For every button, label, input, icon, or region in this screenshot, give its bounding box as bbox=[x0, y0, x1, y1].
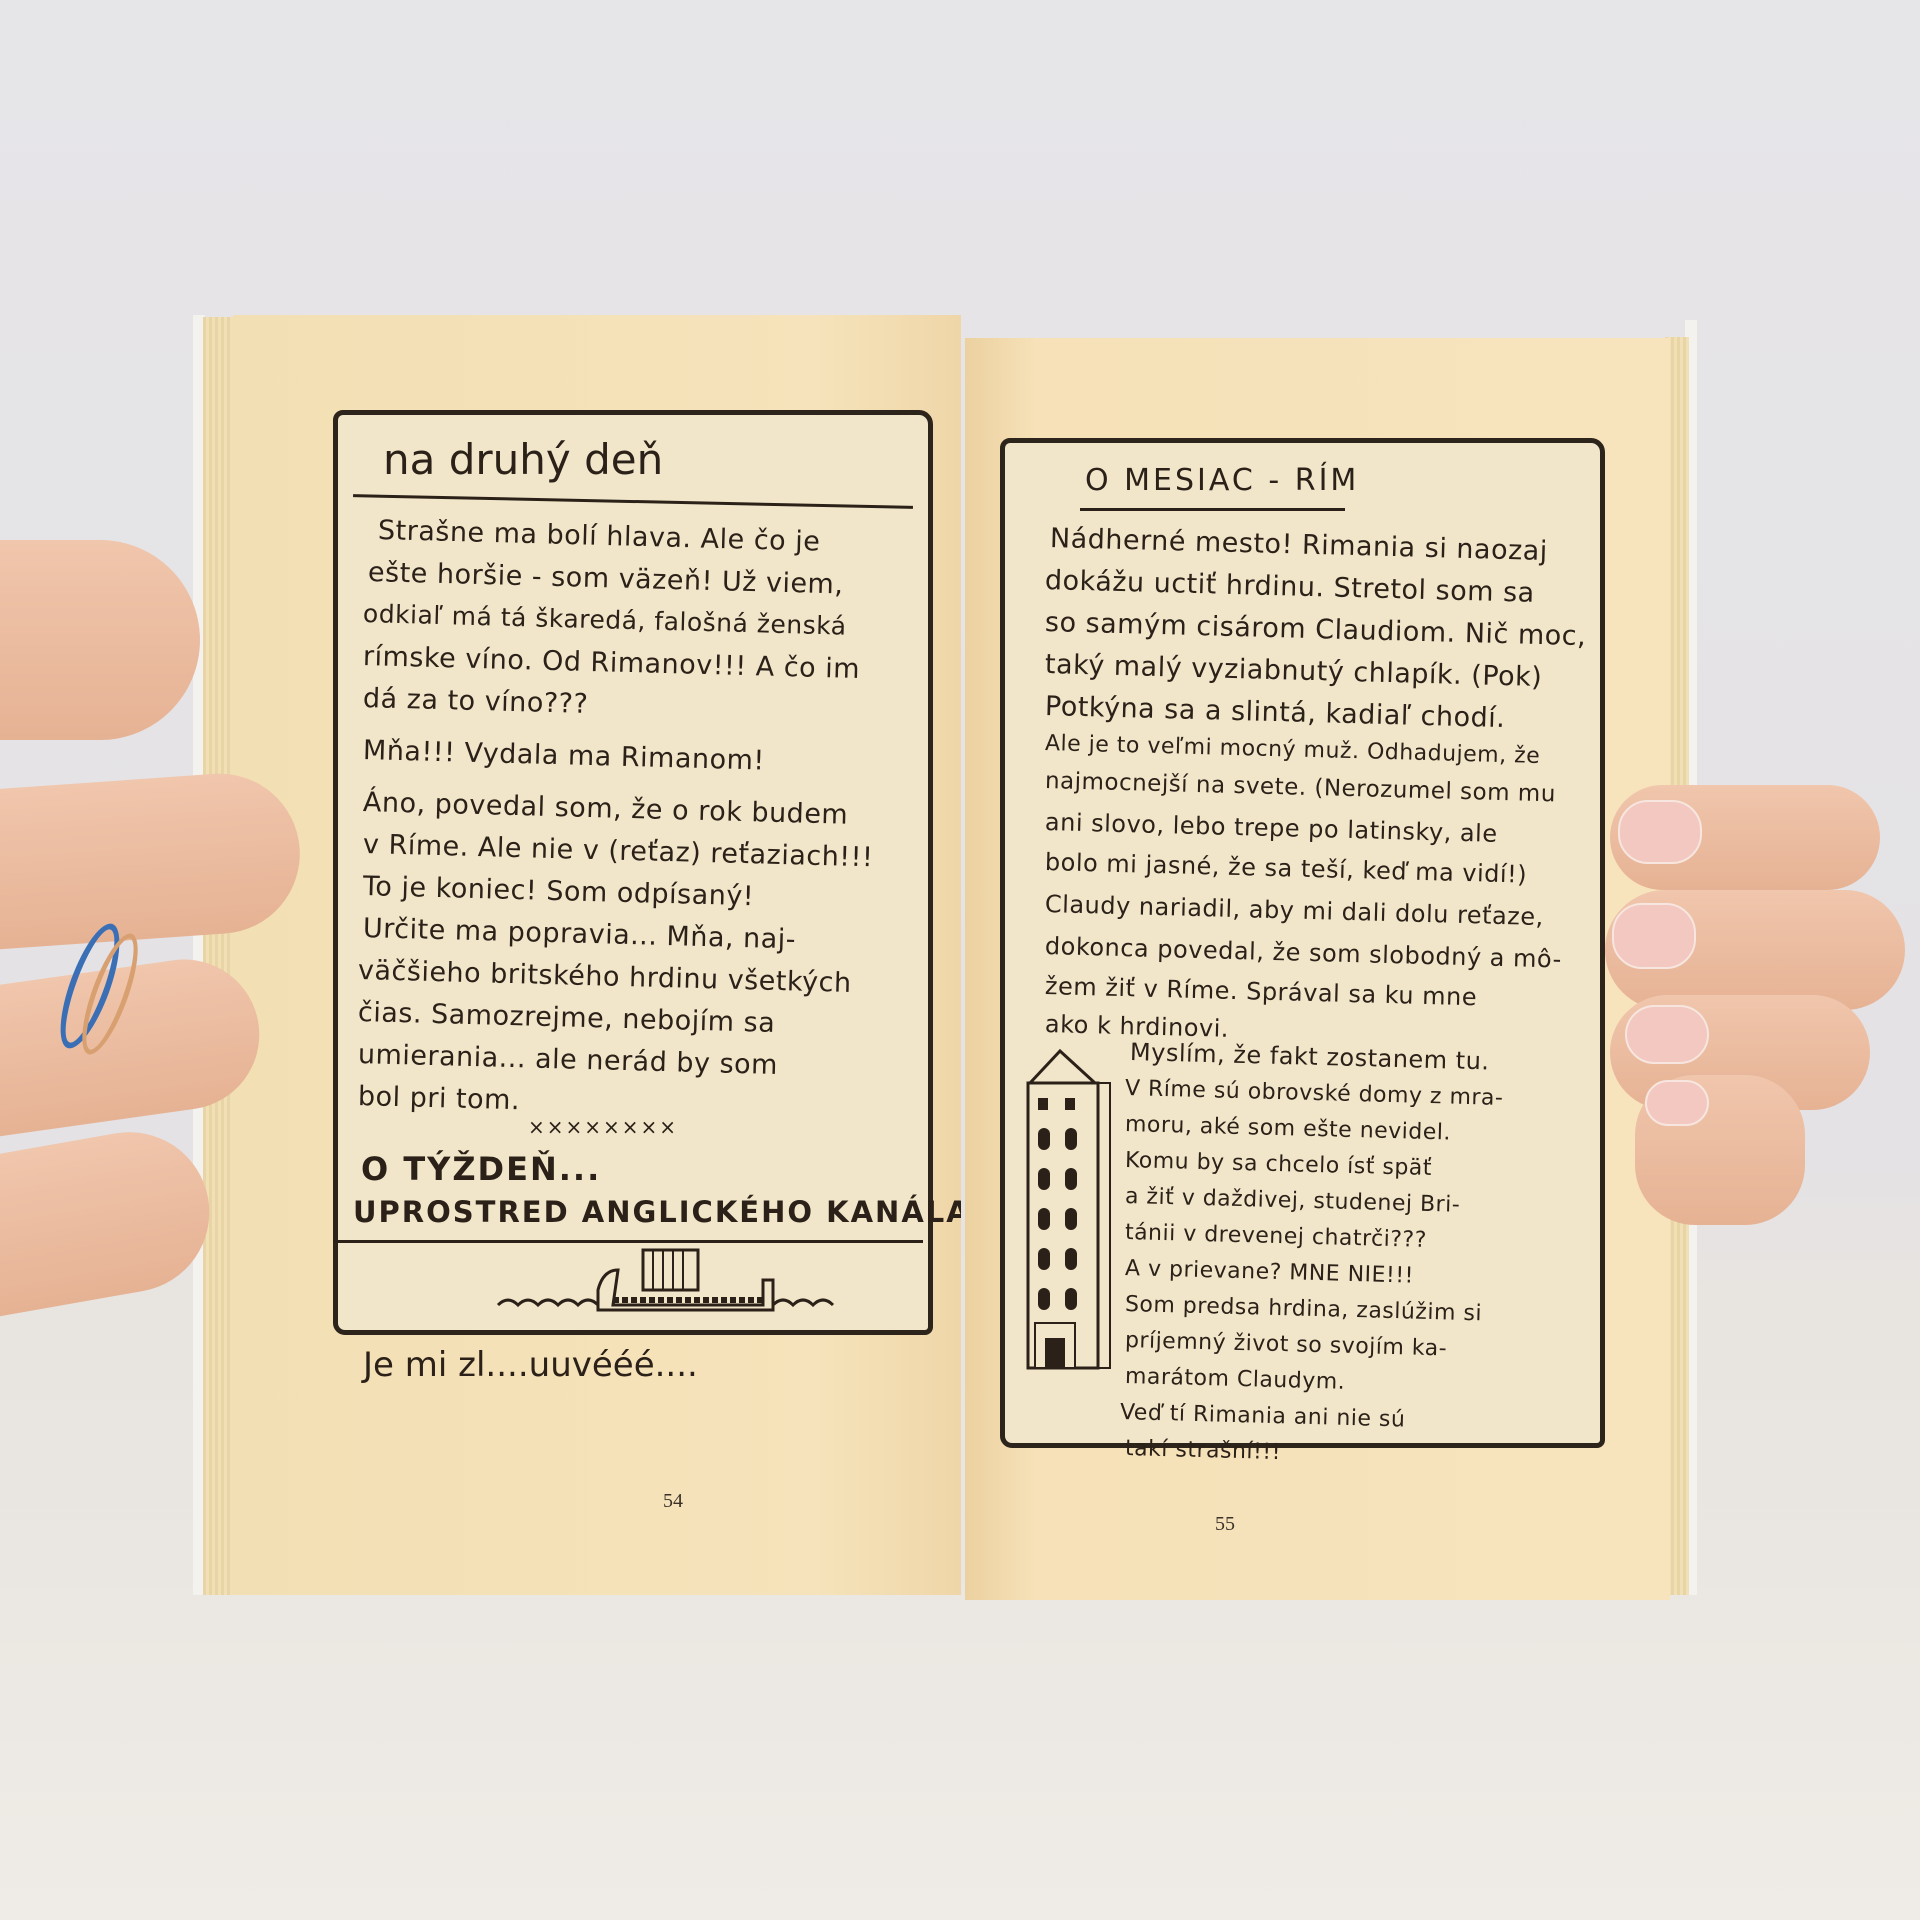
section-rule bbox=[333, 1240, 923, 1243]
separator-marks: ×××××××× bbox=[528, 1115, 678, 1139]
right-page: O MESIAC - RÍM Nádherné mesto! Rimania s… bbox=[965, 338, 1670, 1600]
heading-underline bbox=[1080, 508, 1345, 511]
page-number-right: 55 bbox=[1215, 1513, 1235, 1536]
ring-finger bbox=[0, 1120, 222, 1321]
roman-building-illustration bbox=[1020, 1043, 1115, 1373]
text-line: bol pri tom. bbox=[358, 1081, 521, 1116]
fingernail bbox=[1618, 800, 1702, 864]
open-book: na druhý deň Strašne ma bolí hlava. Ale … bbox=[195, 315, 1725, 1600]
text-line: takí strašní!!! bbox=[1125, 1436, 1282, 1465]
palm bbox=[0, 540, 200, 740]
fingernail bbox=[1645, 1080, 1709, 1126]
text-line: dá za to víno??? bbox=[363, 683, 589, 720]
ship-illustration bbox=[493, 1245, 873, 1325]
middle-finger bbox=[0, 950, 269, 1140]
fingernail bbox=[1612, 903, 1696, 969]
seasick-caption: Je mi zl....uuvééé.... bbox=[363, 1345, 698, 1385]
right-hand bbox=[1590, 735, 1920, 1255]
left-hand bbox=[0, 540, 330, 1400]
page-number-left: 54 bbox=[663, 1490, 683, 1513]
left-subheading-1: O TÝŽDEŇ... bbox=[361, 1150, 601, 1188]
index-finger bbox=[0, 768, 305, 951]
right-heading: O MESIAC - RÍM bbox=[1085, 463, 1359, 498]
left-subheading-2: UPROSTRED ANGLICKÉHO KANÁLA bbox=[353, 1195, 961, 1229]
fingernail bbox=[1625, 1005, 1709, 1064]
left-page: na druhý deň Strašne ma bolí hlava. Ale … bbox=[233, 315, 961, 1595]
left-heading: na druhý deň bbox=[383, 435, 663, 484]
